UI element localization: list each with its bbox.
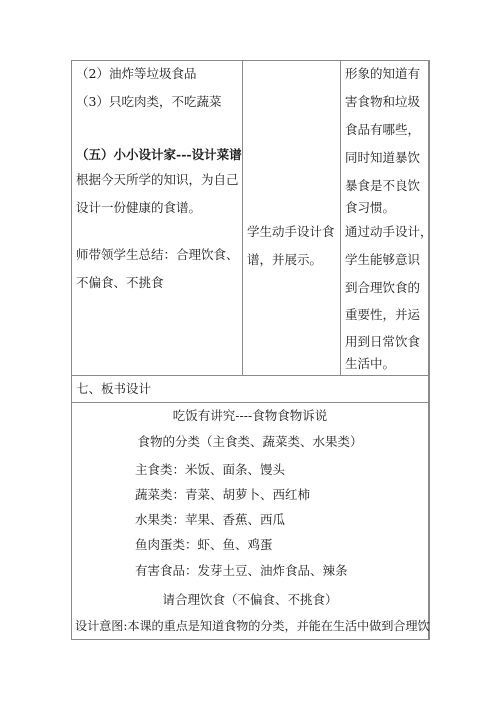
row-divider-2 (71, 402, 429, 403)
section-title-design-menu: （五）小小设计家---设计菜谱 (76, 147, 242, 163)
intent-line: 通过动手设计， (345, 224, 433, 240)
section-heading-board-design: 七、板书设计 (76, 381, 151, 397)
intent-line: 同时知道暴饮 (345, 150, 420, 166)
intent-line: 暴食是不良饮 (345, 178, 420, 194)
intent-line: 害食物和垃圾 (345, 94, 420, 110)
board-item-staple: 主食类：米饭、面条、馒头 (135, 462, 285, 478)
board-closing: 请合理饮食（不偏食、不挑食） (71, 592, 429, 608)
student-activity-line: 学生动手设计食 (247, 224, 335, 240)
intent-line: 用到日常饮食 (345, 334, 420, 350)
table-border-left (71, 60, 72, 640)
table-border-bottom (71, 639, 430, 640)
table-border-top (71, 60, 429, 61)
board-design-intent: 设计意图:本课的重点是知道食物的分类，并能在生活中做到合理饮 (75, 618, 430, 634)
row-divider-1 (71, 375, 429, 376)
activity-line: （2）油炸等垃圾食品 (76, 66, 196, 82)
activity-line: （3）只吃肉类，不吃蔬菜 (76, 94, 221, 110)
intent-line: 形象的知道有 (345, 66, 420, 82)
intent-line: 重要性，并运 (345, 307, 420, 323)
board-title: 吃饭有讲究----食物食物诉说 (71, 408, 429, 424)
table-border-right (428, 60, 430, 640)
board-item-vegetable: 蔬菜类：青菜、胡萝卜、西红柿 (135, 487, 310, 503)
intent-line: 生活中。 (345, 356, 395, 372)
activity-line: 根据今天所学的知识，为自己 (76, 172, 239, 188)
intent-line: 食品有哪些， (345, 122, 420, 138)
column-divider-1 (242, 60, 243, 375)
activity-line: 设计一份健康的食谱。 (76, 200, 201, 216)
intent-line: 食习惯。 (345, 200, 395, 216)
board-item-fruit: 水果类：苹果、香蕉、西瓜 (135, 512, 285, 528)
activity-line: 师带领学生总结：合理饮食、 (76, 247, 239, 263)
board-item-harmful: 有害食品：发芽土豆、油炸食品、辣条 (135, 563, 348, 579)
column-divider-2 (340, 60, 341, 375)
intent-line: 学生能够意识 (345, 252, 420, 268)
board-subtitle: 食物的分类（主食类、蔬菜类、水果类） (71, 434, 429, 450)
activity-line: 不偏食、不挑食 (76, 275, 164, 291)
student-activity-line: 谱，并展示。 (247, 252, 322, 268)
board-item-protein: 鱼肉蛋类：虾、鱼、鸡蛋 (135, 537, 273, 553)
intent-line: 到合理饮食的 (345, 280, 420, 296)
